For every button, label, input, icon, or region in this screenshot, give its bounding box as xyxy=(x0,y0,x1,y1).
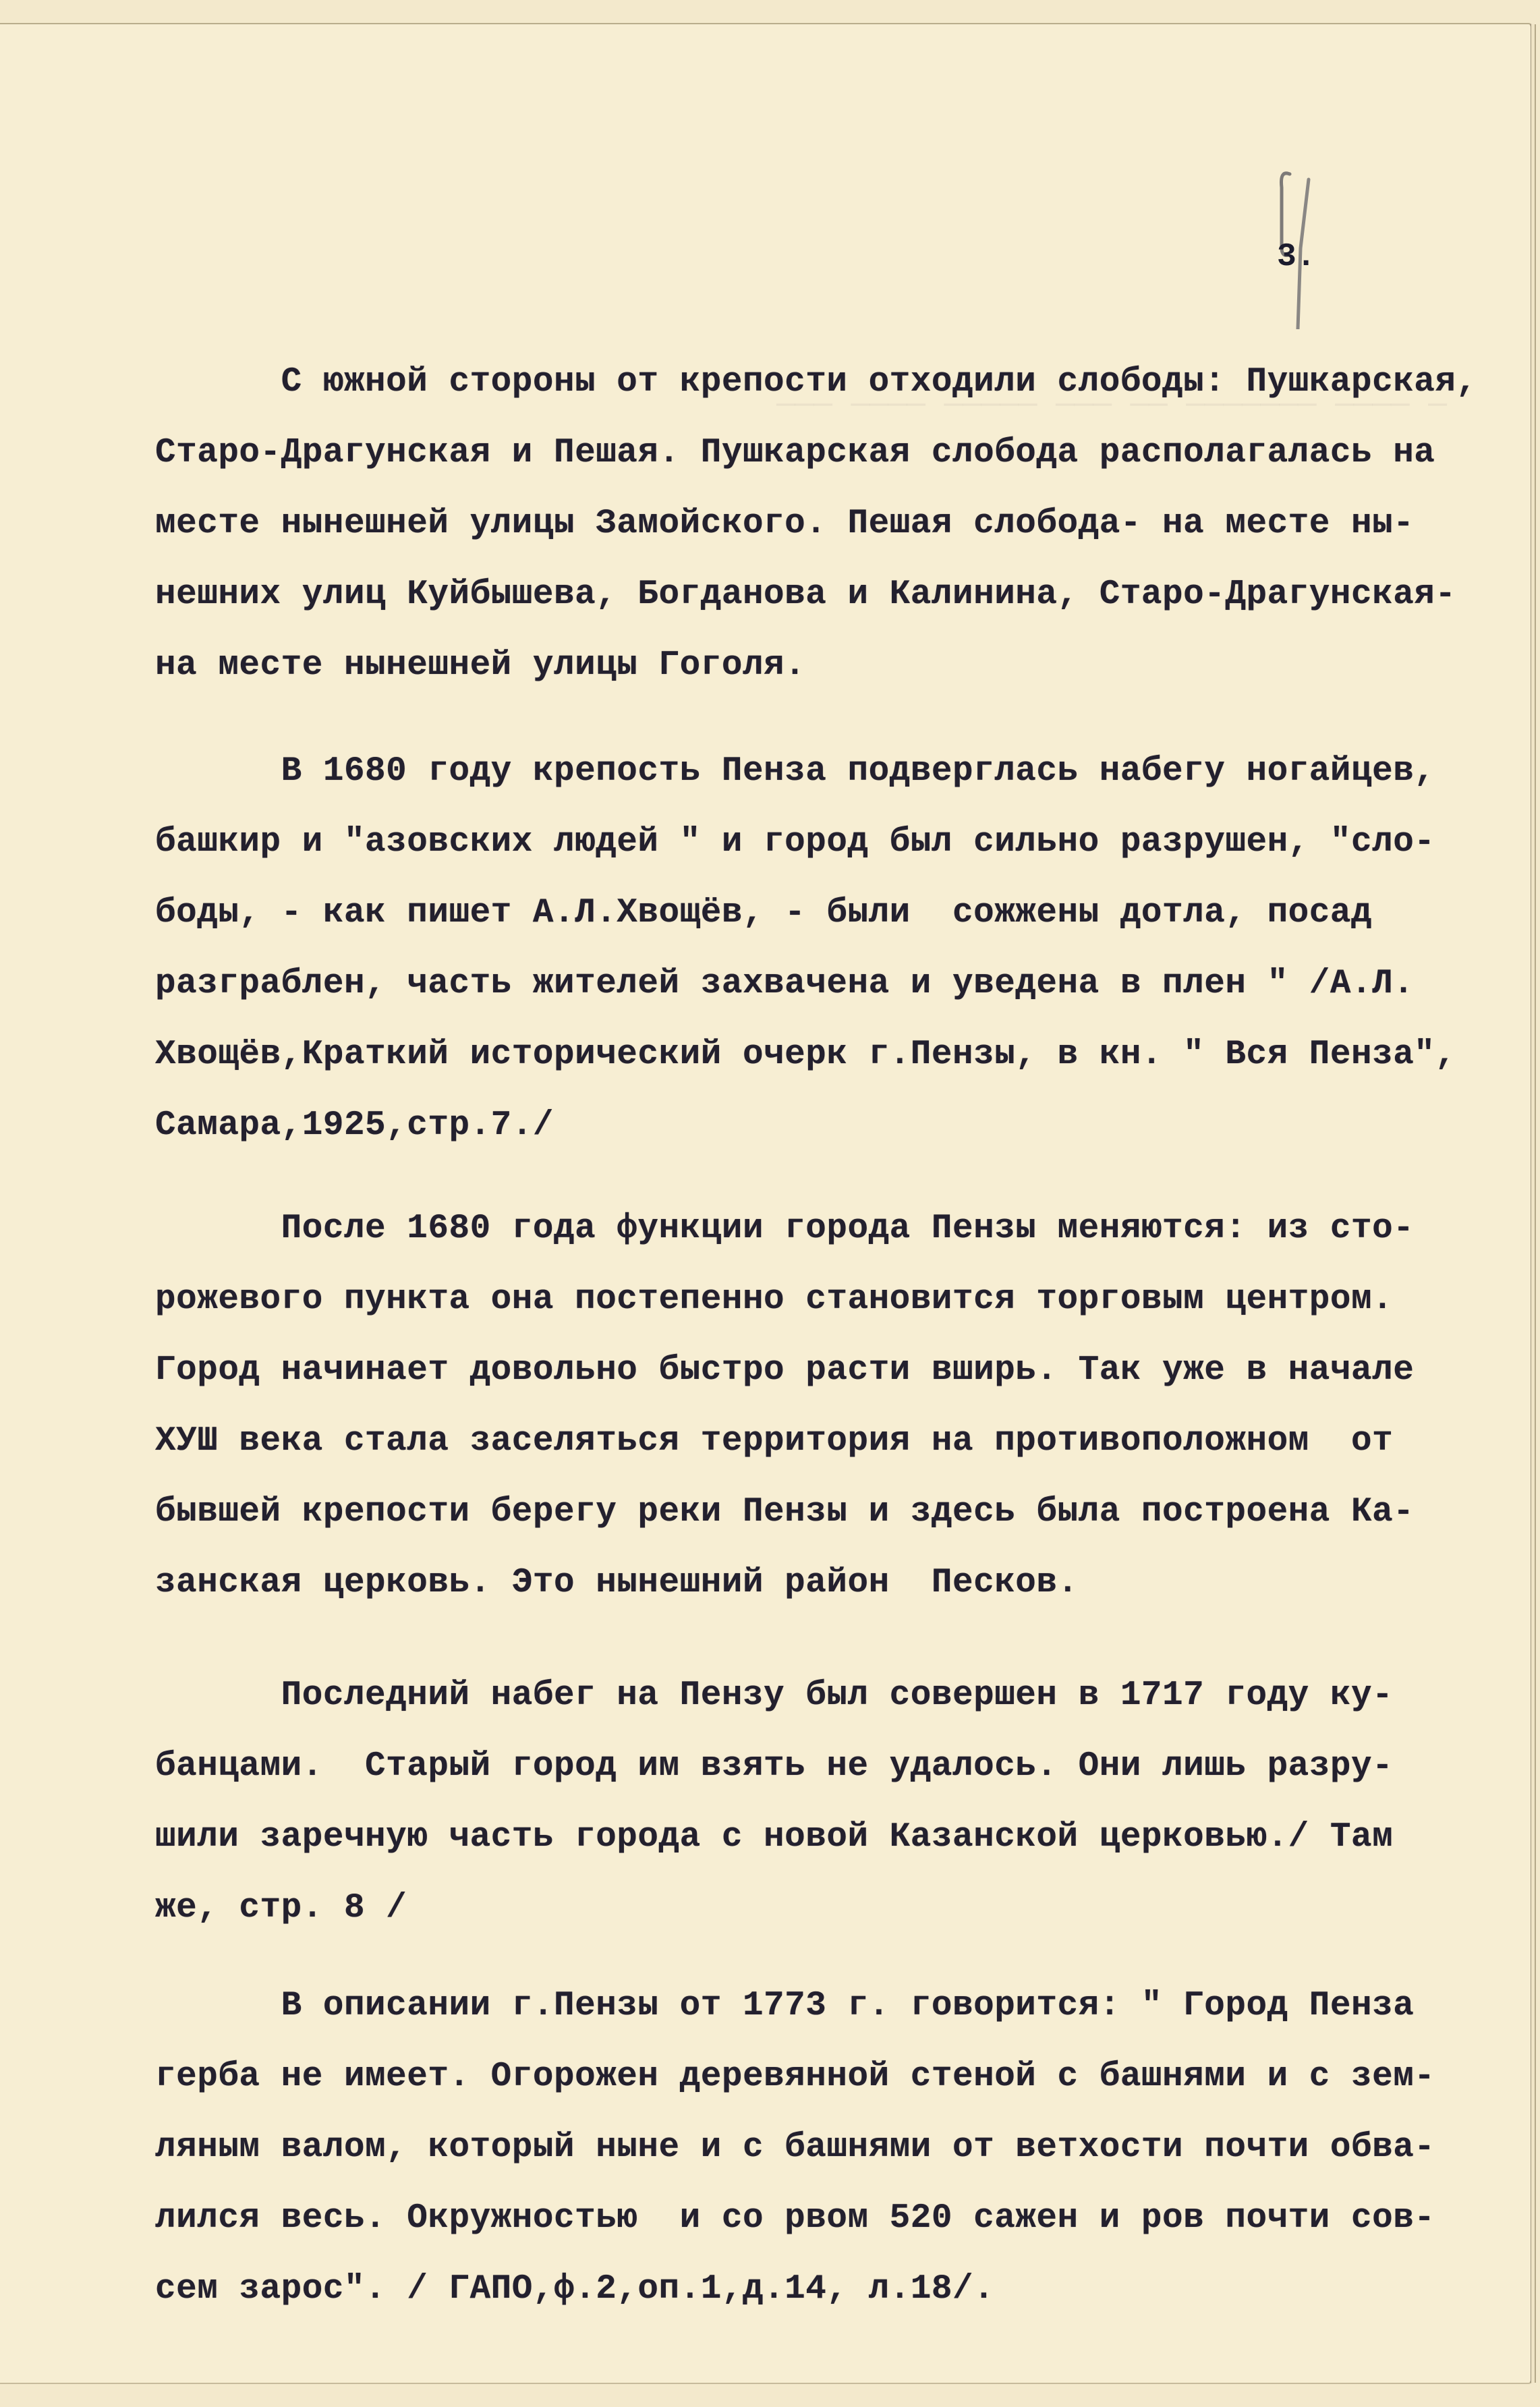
text-line: нешних улиц Куйбышева, Богданова и Калин… xyxy=(155,577,1456,612)
text-line: В описании г.Пензы от 1773 г. говорится:… xyxy=(155,1989,1414,2023)
text-line: сем зарос". / ГАПО,ф.2,оп.1,д.14, л.18/. xyxy=(155,2272,994,2306)
text-line: боды, - как пишет А.Л.Хвощёв, - были сож… xyxy=(155,896,1372,930)
text-line: ХУШ века стала заселяться территория на … xyxy=(155,1424,1393,1459)
text-line: герба не имеет. Огорожен деревянной стен… xyxy=(155,2060,1435,2094)
text-line: ляным валом, который ныне и с башнями от… xyxy=(155,2130,1435,2165)
text-line: В 1680 году крепость Пенза подверглась н… xyxy=(155,754,1435,789)
text-line: же, стр. 8 / xyxy=(155,1891,407,1925)
text-line: бывшей крепости берегу реки Пензы и здес… xyxy=(155,1495,1414,1529)
text-line: рожевого пункта она постепенно становитс… xyxy=(155,1282,1393,1317)
text-line: шили заречную часть города с новой Казан… xyxy=(155,1820,1393,1854)
text-line: лился весь. Окружностью и со рвом 520 са… xyxy=(155,2201,1435,2236)
text-line: Самара,1925,стр.7./ xyxy=(155,1108,554,1143)
text-line: на месте нынешней улицы Гоголя. xyxy=(155,648,805,683)
text-line: С южной стороны от крепости отходили сло… xyxy=(155,365,1477,399)
text-line: Последний набег на Пензу был совершен в … xyxy=(155,1678,1393,1713)
text-line: Хвощёв,Краткий исторический очерк г.Пенз… xyxy=(155,1038,1456,1072)
text-line: разграблен, часть жителей захвачена и ув… xyxy=(155,967,1414,1001)
document-page: 3. ─── ──── ───── ─── ── ─────── ──── ─ … xyxy=(0,23,1533,2384)
text-line: башкир и "азовских людей " и город был с… xyxy=(155,825,1435,859)
page-number: 3. xyxy=(1277,239,1316,275)
text-line: После 1680 года функции города Пензы мен… xyxy=(155,1212,1414,1246)
text-line: занская церковь. Это нынешний район Песк… xyxy=(155,1566,1079,1600)
text-line: банцами. Старый город им взять не удалос… xyxy=(155,1749,1393,1784)
text-line: Старо-Драгунская и Пешая. Пушкарская сло… xyxy=(155,436,1435,470)
text-line: Город начинает довольно быстро расти вши… xyxy=(155,1353,1414,1388)
text-line: месте нынешней улицы Замойского. Пешая с… xyxy=(155,507,1414,541)
